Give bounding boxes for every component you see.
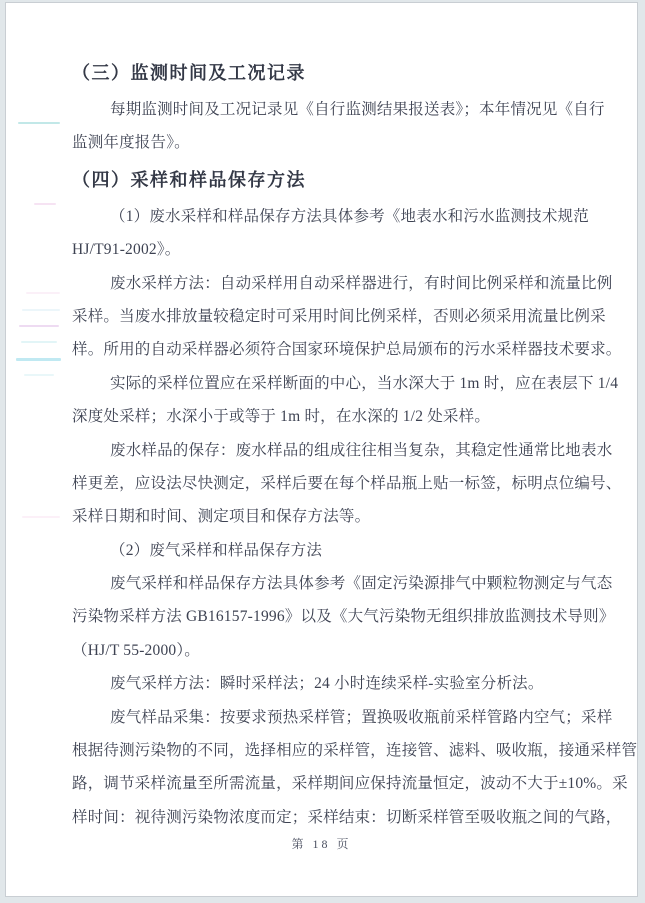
text-line: 实际的采样位置应在采样断面的中心，当水深大于 1m 时，应在表层下 1/4 [72, 367, 617, 400]
text-line: （2）废气采样和样品保存方法 [72, 534, 617, 567]
text-line: （1）废水采样和样品保存方法具体参考《地表水和污水监测技术规范 [72, 200, 617, 233]
section-heading: （三）监测时间及工况记录 [72, 53, 617, 93]
text-line: 废气采样方法：瞬时采样法；24 小时连续采样-实验室分析法。 [72, 667, 617, 700]
section-heading: （四）采样和样品保存方法 [72, 160, 617, 200]
text-line: 根据待测污染物的不同，选择相应的采样管，连接管、滤料、吸收瓶，接通采样管 [72, 734, 617, 767]
scan-artifact [19, 325, 59, 327]
scan-artifact [24, 374, 54, 376]
scan-artifact [16, 358, 61, 361]
text-line: 采样日期和时间、测定项目和保存方法等。 [72, 500, 617, 533]
text-line: 深度处采样；水深小于或等于 1m 时，在水深的 1/2 处采样。 [72, 400, 617, 433]
scan-artifact [34, 203, 56, 205]
text-line: 废气样品采集：按要求预热采样管；置换吸收瓶前采样管路内空气；采样 [72, 701, 617, 734]
scan-artifact [22, 516, 60, 518]
text-line: 废水采样方法：自动采样用自动采样器进行，有时间比例采样和流量比例 [72, 267, 617, 300]
text-line: 污染物采样方法 GB16157-1996》以及《大气污染物无组织排放监测技术导则… [72, 600, 617, 633]
scan-artifact [21, 341, 57, 343]
text-line: 样。所用的自动采样器必须符合国家环境保护总局颁布的污水采样器技术要求。 [72, 333, 617, 366]
text-line: 样更差，应设法尽快测定，采样后要在每个样品瓶上贴一标签，标明点位编号、 [72, 467, 617, 500]
text-line: 每期监测时间及工况记录见《自行监测结果报送表》；本年情况见《自行 [72, 93, 617, 126]
text-line: 路，调节采样流量至所需流量，采样期间应保持流量恒定，波动不大于±10%。采 [72, 767, 617, 800]
document-body: （三）监测时间及工况记录每期监测时间及工况记录见《自行监测结果报送表》；本年情况… [72, 53, 617, 834]
scan-artifact [26, 292, 60, 294]
page-number: 第 18 页 [6, 835, 637, 852]
text-line: 废水样品的保存：废水样品的组成往往相当复杂，其稳定性通常比地表水 [72, 434, 617, 467]
text-line: 采样。当废水排放量较稳定时可采用时间比例采样，否则必须采用流量比例采 [72, 300, 617, 333]
text-line: （HJ/T 55-2000）。 [72, 634, 617, 667]
text-line: 废气采样和样品保存方法具体参考《固定污染源排气中颗粒物测定与气态 [72, 567, 617, 600]
scan-artifact [18, 122, 60, 124]
document-page: （三）监测时间及工况记录每期监测时间及工况记录见《自行监测结果报送表》；本年情况… [5, 2, 638, 897]
text-line: 样时间：视待测污染物浓度而定；采样结束：切断采样管至吸收瓶之间的气路， [72, 801, 617, 834]
text-line: HJ/T91-2002》。 [72, 233, 617, 266]
scan-artifact [22, 309, 60, 311]
text-line: 监测年度报告》。 [72, 126, 617, 159]
